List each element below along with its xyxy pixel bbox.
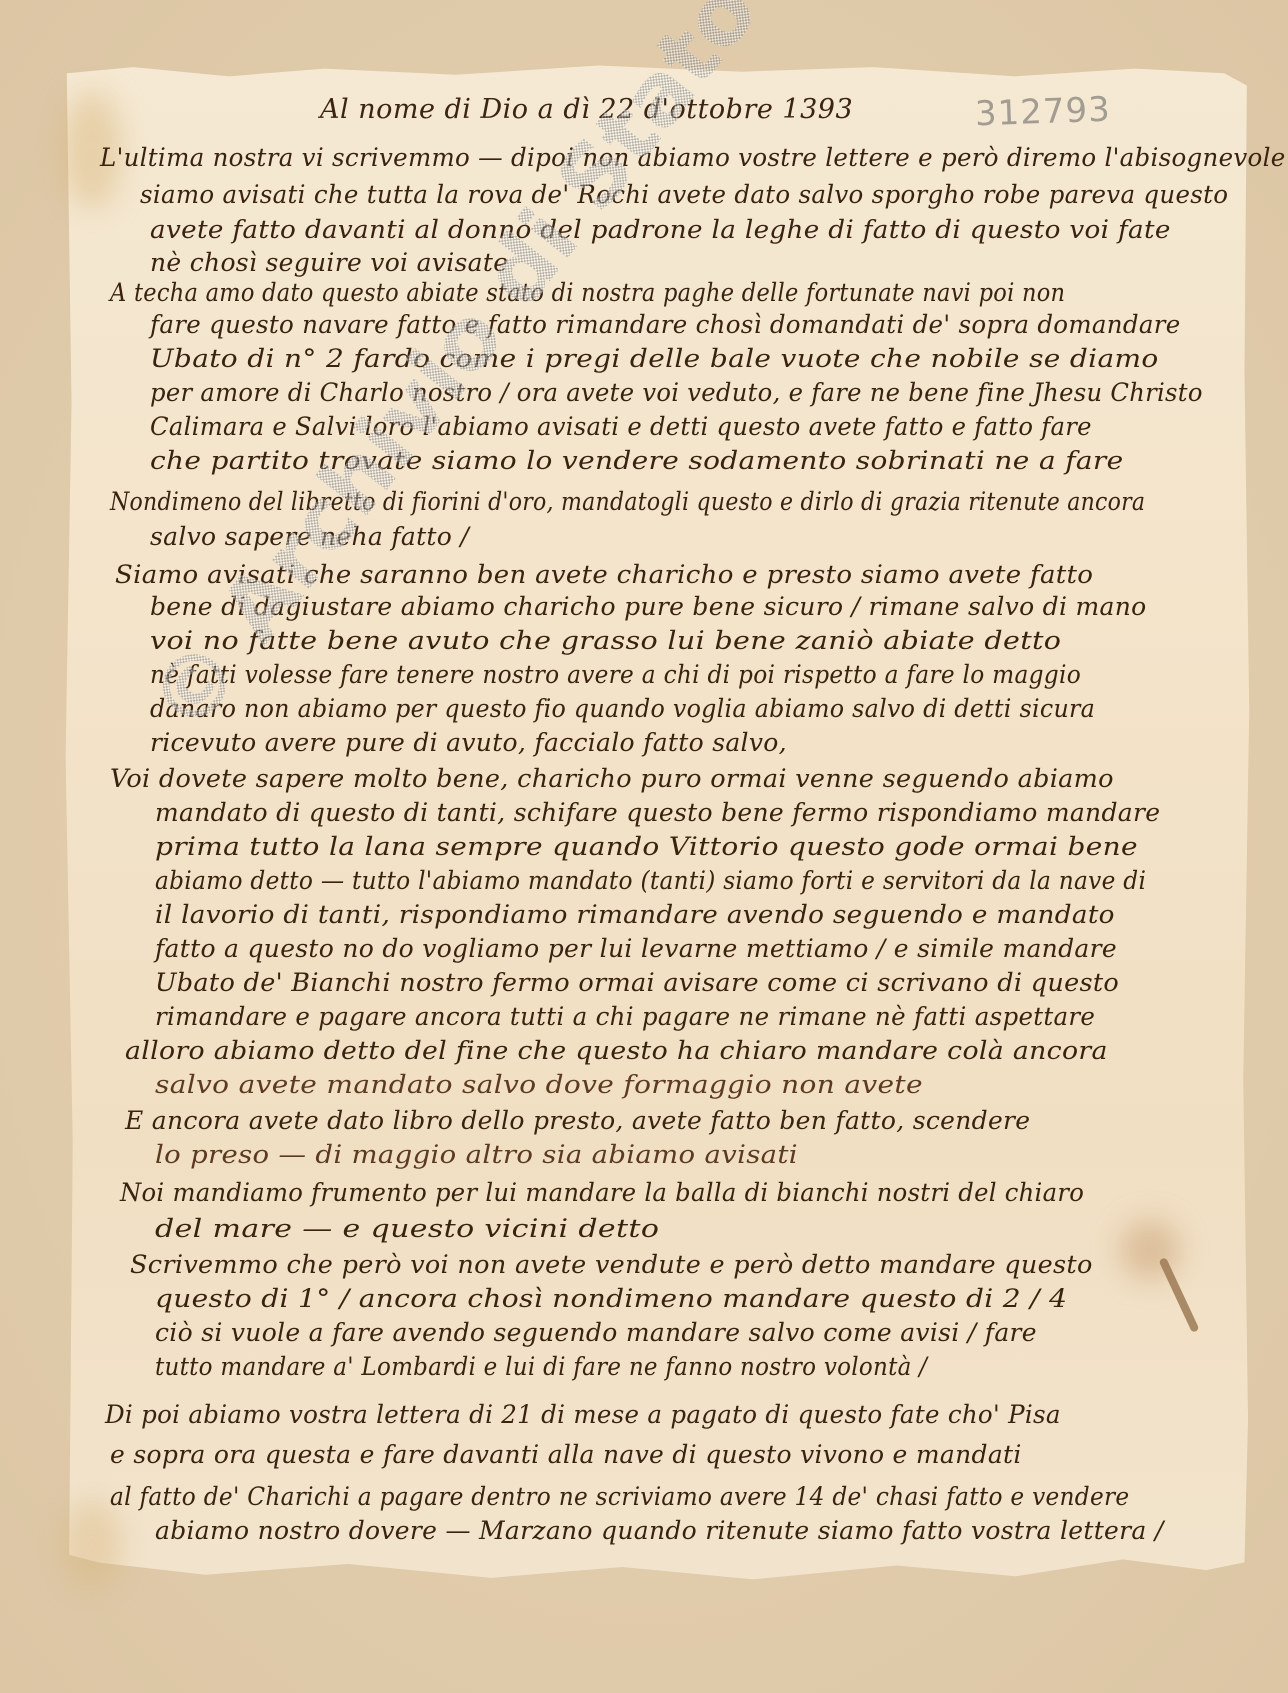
text-line: nè fatti volesse fare tenere nostro aver… xyxy=(150,660,1081,689)
text-line: per amore di Charlo nostro / ora avete v… xyxy=(150,378,1203,407)
text-line: A techa amo dato questo abiate stato di … xyxy=(110,278,1065,307)
letter-body: L'ultima nostra vi scrivemmo — dipoi non… xyxy=(0,0,1288,1693)
text-line: Ubato di n° 2 fardo come i pregi delle b… xyxy=(150,344,1159,373)
text-line: tutto mandare a' Lombardi e lui di fare … xyxy=(155,1352,927,1381)
text-line: Calimara e Salvi loro l'abiamo avisati e… xyxy=(150,412,1092,441)
text-line: Noi mandiamo frumento per lui mandare la… xyxy=(120,1178,1084,1207)
text-line: Nondimeno del libretto di fiorini d'oro,… xyxy=(110,487,1145,516)
text-line: il lavorio di tanti, rispondiamo rimanda… xyxy=(155,900,1115,929)
text-line: ciò si vuole a fare avendo seguendo mand… xyxy=(155,1318,1037,1347)
text-line: Di poi abiamo vostra lettera di 21 di me… xyxy=(105,1400,1061,1429)
text-line: Ubato de' Bianchi nostro fermo ormai avi… xyxy=(155,968,1119,997)
text-line: lo preso — di maggio altro sia abiamo av… xyxy=(155,1140,798,1169)
text-line: fare questo navare fatto e fatto rimanda… xyxy=(150,310,1181,339)
text-line: Scrivemmo che però voi non avete vendute… xyxy=(130,1250,1093,1279)
text-line: Voi dovete sapere molto bene, charicho p… xyxy=(110,764,1114,793)
text-line: L'ultima nostra vi scrivemmo — dipoi non… xyxy=(100,143,1286,172)
text-line: alloro abiamo detto del fine che questo … xyxy=(125,1036,1108,1065)
text-line: e sopra ora questa e fare davanti alla n… xyxy=(110,1440,1022,1469)
text-line: abiamo detto — tutto l'abiamo mandato (t… xyxy=(155,866,1146,895)
text-line: ricevuto avere pure di avuto, faccialo f… xyxy=(150,728,787,757)
text-line: mandato di questo di tanti, schifare que… xyxy=(155,798,1160,827)
text-line: del mare — e questo vicini detto xyxy=(155,1214,659,1243)
text-line: che partito trovate siamo lo vendere sod… xyxy=(150,446,1124,475)
text-line: danaro non abiamo per questo fio quando … xyxy=(150,694,1095,723)
text-line: siamo avisati che tutta la rova de' Roch… xyxy=(140,180,1228,209)
text-line: avete fatto davanti al donno del padrone… xyxy=(150,215,1171,244)
text-line: al fatto de' Charichi a pagare dentro ne… xyxy=(110,1482,1129,1511)
text-line: salvo avete mandato salvo dove formaggio… xyxy=(155,1070,923,1099)
text-line: fatto a questo no do vogliamo per lui le… xyxy=(155,934,1117,963)
text-line: rimandare e pagare ancora tutti a chi pa… xyxy=(155,1002,1095,1031)
text-line: abiamo nostro dovere — Marzano quando ri… xyxy=(155,1516,1164,1545)
text-line: E ancora avete dato libro dello presto, … xyxy=(125,1106,1030,1135)
text-line: prima tutto la lana sempre quando Vittor… xyxy=(155,832,1138,861)
text-line: questo di 1° / ancora chosì nondimeno ma… xyxy=(155,1284,1067,1313)
